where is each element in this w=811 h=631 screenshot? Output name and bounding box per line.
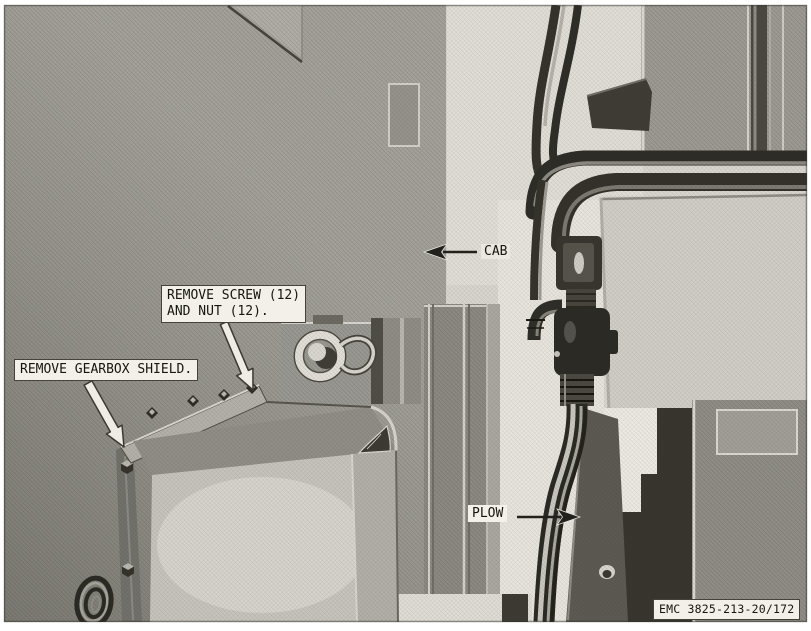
callout-label-remove-gearbox: REMOVE GEARBOX SHIELD. — [14, 359, 198, 381]
callout-text-line1: REMOVE SCREW (12) — [167, 288, 300, 304]
label-cab: CAB — [481, 244, 510, 259]
callout-label-remove-screw: REMOVE SCREW (12) AND NUT (12). — [161, 285, 306, 323]
callout-text-line2: AND NUT (12). — [167, 304, 300, 320]
label-plow: PLOW — [468, 505, 507, 522]
figure-number-label: EMC 3825-213-20/172 — [653, 599, 800, 620]
manual-figure-page: REMOVE SCREW (12) AND NUT (12). REMOVE G… — [0, 0, 811, 631]
figure-illustration — [0, 0, 811, 631]
